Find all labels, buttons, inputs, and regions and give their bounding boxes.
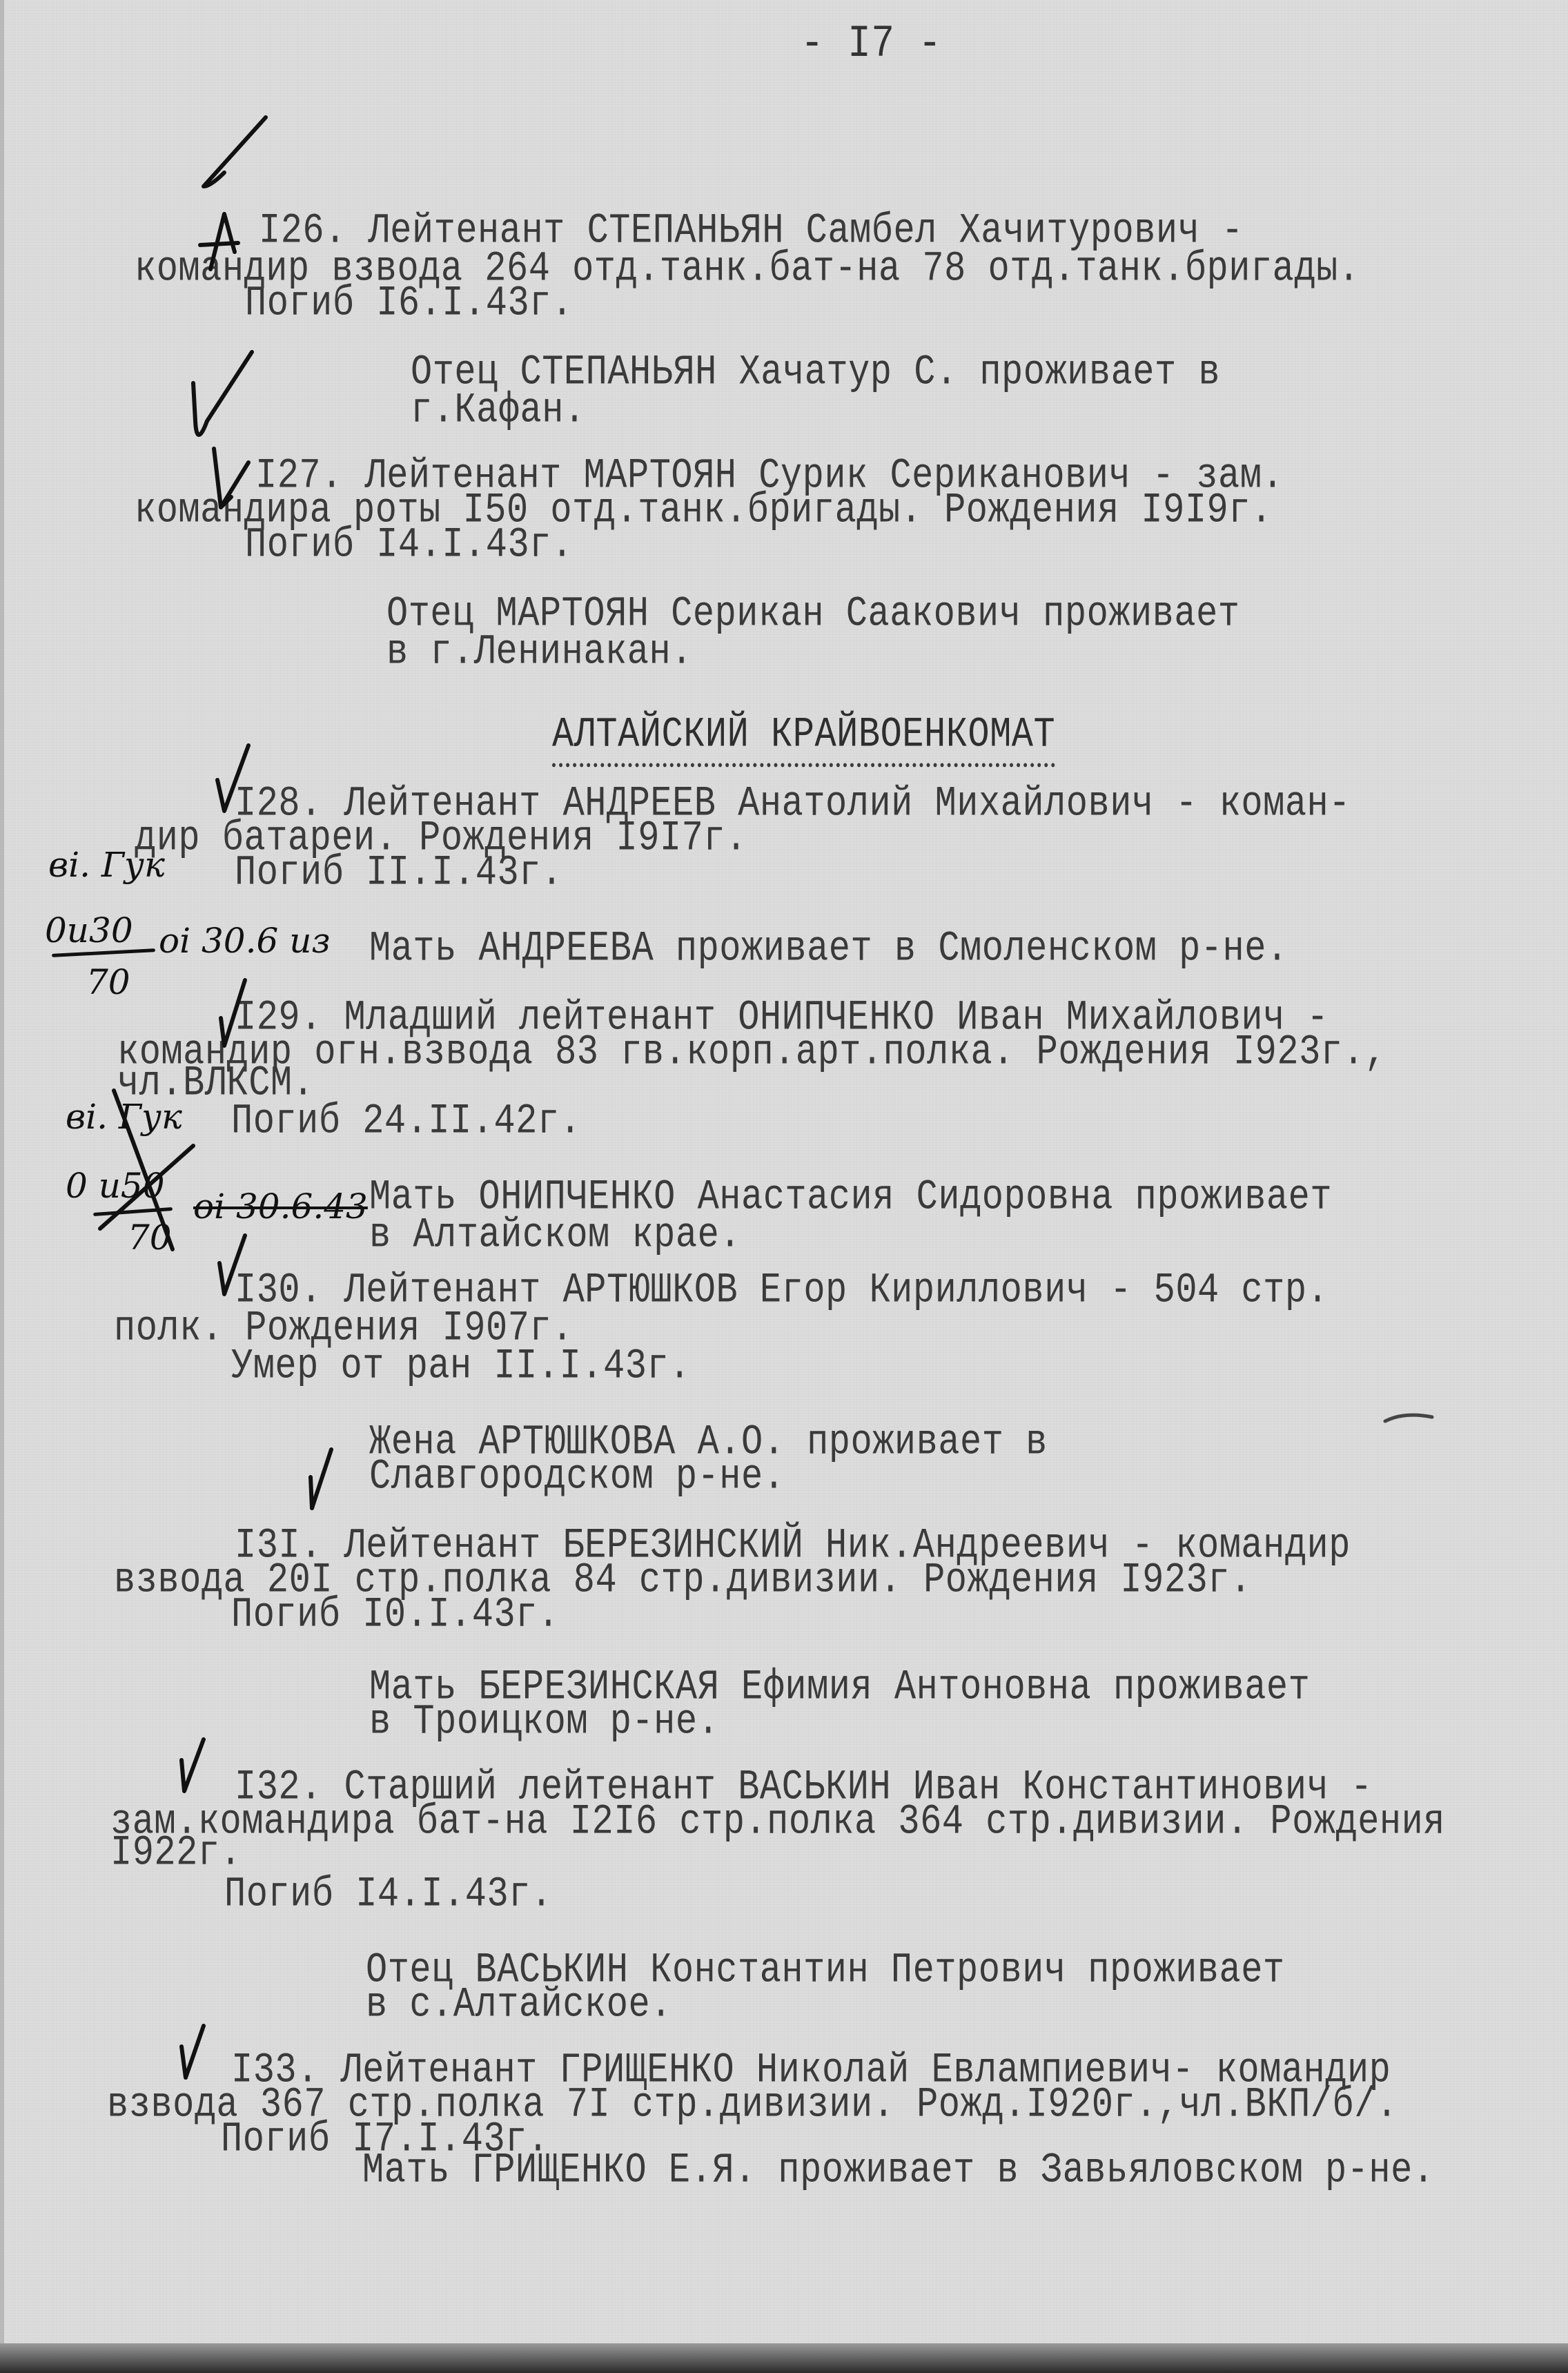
checkmark-icon (304, 1449, 338, 1512)
handwritten-note-128-b: оі 30.6 из (159, 921, 331, 960)
entry-128-relative-1: Мать АНДРЕЕВА проживает в Смоленском р-н… (369, 925, 1288, 974)
pen-stroke-icon (1384, 1412, 1439, 1425)
entry-132-line-2: зам.командира бат-на I2I6 стр.полка 364 … (110, 1798, 1445, 1847)
checkmark-icon (183, 352, 280, 518)
page-bottom-edge (0, 2343, 1568, 2373)
entry-127-relative-2: в г.Ленинакан. (386, 628, 693, 677)
entry-130-death: Умер от ран II.I.43г. (231, 1342, 691, 1391)
page-number: - I7 - (801, 19, 942, 68)
entry-132-relative-2: в с.Алтайское. (366, 1981, 672, 2030)
cross-out-icon (97, 1091, 235, 1256)
entry-132-line-3: I922г. (110, 1829, 242, 1878)
checkmark-icon (214, 745, 255, 814)
checkmark-icon (214, 980, 255, 1049)
entry-132-death: Погиб I4.I.43г. (224, 1871, 553, 1920)
entry-130-relative-2: Славгородском р-не. (369, 1453, 785, 1502)
entry-131-death: Погиб I0.I.43г. (231, 1591, 560, 1640)
entry-126-death: Погиб I6.I.43г. (245, 280, 574, 329)
checkmark-icon (176, 2026, 210, 2081)
entry-131-relative-2: в Троицком р-не. (369, 1698, 719, 1747)
checkmark-icon (176, 1739, 210, 1795)
entry-128-death: Погиб II.I.43г. (235, 849, 563, 898)
entry-126-relative-2: г.Кафан. (411, 387, 586, 436)
handwritten-note-128-denominator: 70 (86, 963, 130, 1002)
section-heading: АЛТАЙСКИЙ КРАЙВОЕНКОМАТ (552, 711, 1055, 767)
entry-129-death: Погиб 24.II.42г. (231, 1097, 581, 1146)
handwritten-note-128-numerator: 0и30 (45, 911, 133, 950)
entry-129-relative-2: в Алтайском крае. (369, 1211, 741, 1260)
handwritten-note-128-a: ві. Гук (48, 846, 165, 884)
entry-127-death: Погиб I4.I.43г. (245, 521, 574, 570)
checkmark-icon (197, 110, 280, 269)
entry-133-relative-1: Мать ГРИЩЕНКО Е.Я. проживает в Завьяловс… (362, 2147, 1435, 2196)
